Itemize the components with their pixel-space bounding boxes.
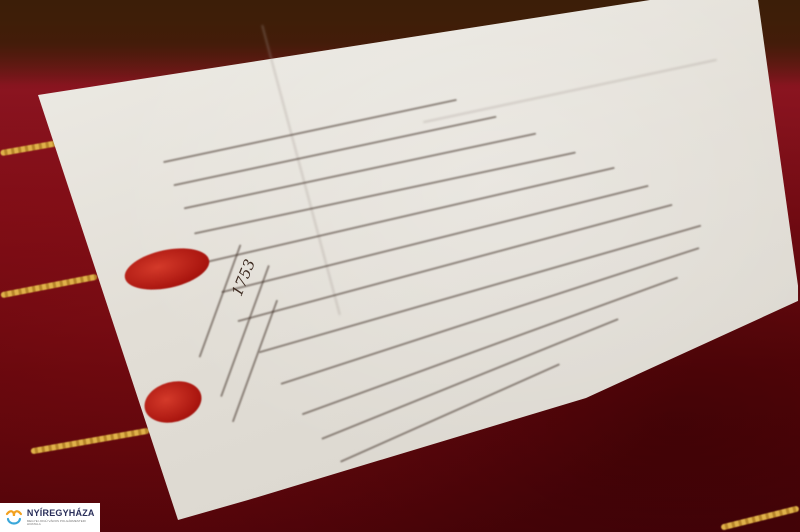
brand-name: NYÍREGYHÁZA [27, 509, 100, 518]
watermark-logo: NYÍREGYHÁZA MEGYEI JOGÚ VÁROS POLGÁRMEST… [0, 503, 100, 532]
manuscript-photo: 1753 NYÍREGYHÁZA MEGYEI JOGÚ VÁROS POLGÁ… [0, 0, 800, 532]
city-logo-icon [4, 508, 24, 528]
brand-tagline: MEGYEI JOGÚ VÁROS POLGÁRMESTERI HIVATALA [27, 520, 100, 526]
